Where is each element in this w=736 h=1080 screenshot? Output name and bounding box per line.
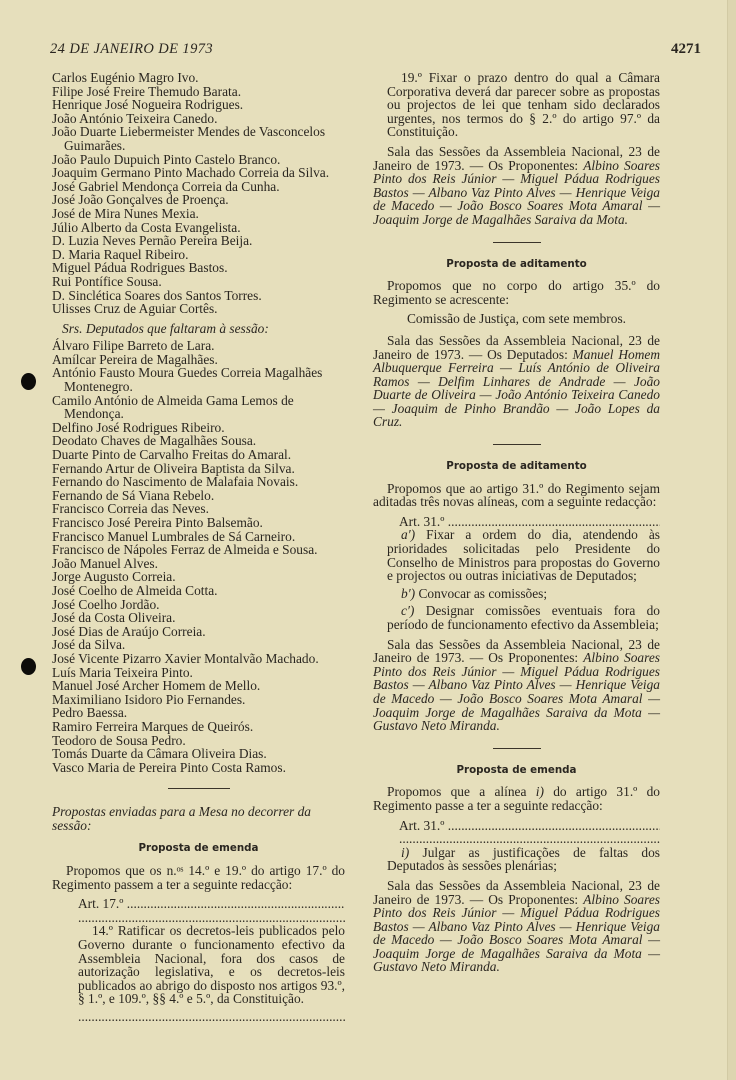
list-item: João Manuel Alves. [52, 557, 345, 571]
list-item: Carlos Eugénio Magro Ivo. [52, 71, 345, 85]
list-item: D. Sinclética Soares dos Santos Torres. [52, 289, 345, 303]
list-item: Júlio Alberto da Costa Evangelista. [52, 221, 345, 235]
list-item: Teodoro de Sousa Pedro. [52, 734, 345, 748]
proposal-body: Propomos que ao artigo 31.º do Regimento… [373, 482, 660, 509]
list-item: Miguel Pádua Rodrigues Bastos. [52, 261, 345, 275]
list-item: Fernando do Nascimento de Malafaia Novai… [52, 475, 345, 489]
section-divider [493, 242, 541, 243]
list-item: João António Teixeira Canedo. [52, 112, 345, 126]
signature-block: Sala das Sessões da Assembleia Nacional,… [373, 334, 660, 429]
list-item: Rui Pontífice Sousa. [52, 275, 345, 289]
list-item: José Coelho Jordão. [52, 598, 345, 612]
list-item: Francisco Manuel Lumbrales de Sá Carneir… [52, 530, 345, 544]
list-item: Maximiliano Isidoro Pio Fernandes. [52, 693, 345, 707]
absent-heading: Srs. Deputados que faltaram à sessão: [62, 322, 345, 336]
list-item: António Fausto Moura Guedes Correia Maga… [52, 366, 345, 393]
dotted-line: ........................................… [52, 1010, 345, 1024]
list-item: José da Costa Oliveira. [52, 611, 345, 625]
proposal-quote: Comissão de Justiça, com sete membros. [373, 312, 660, 326]
list-item: Manuel José Archer Homem de Mello. [52, 679, 345, 693]
list-item: Joaquim Germano Pinto Machado Correia da… [52, 166, 345, 180]
section-divider [493, 444, 541, 445]
dotted-line: ........................................… [52, 911, 345, 925]
list-item: Francisco de Nápoles Ferraz de Almeida e… [52, 543, 345, 557]
list-item: Ramiro Ferreira Marques de Queirós. [52, 720, 345, 734]
list-item: José de Mira Nunes Mexia. [52, 207, 345, 221]
page-number: 4271 [671, 41, 701, 58]
list-item: Fernando Artur de Oliveira Baptista da S… [52, 462, 345, 476]
dotted-line: ........................................… [373, 832, 660, 846]
list-item: João Paulo Dupuich Pinto Castelo Branco. [52, 153, 345, 167]
punch-hole-mark [21, 373, 36, 390]
list-item: Delfino José Rodrigues Ribeiro. [52, 421, 345, 435]
section-divider [168, 788, 230, 789]
proposal-body: Propomos que no corpo do artigo 35.º do … [373, 279, 660, 306]
absent-deputies-list: Álvaro Filipe Barreto de Lara. Amílcar P… [52, 339, 345, 774]
list-item: Jorge Augusto Correia. [52, 570, 345, 584]
section-divider [493, 748, 541, 749]
list-item: Fernando de Sá Viana Rebelo. [52, 489, 345, 503]
list-item: Álvaro Filipe Barreto de Lara. [52, 339, 345, 353]
list-item: Ulisses Cruz de Aguiar Cortês. [52, 302, 345, 316]
list-item: D. Maria Raquel Ribeiro. [52, 248, 345, 262]
list-item: José Dias de Araújo Correia. [52, 625, 345, 639]
article-item: 14.º Ratificar os decretos-leis publicad… [52, 924, 345, 1006]
list-item: João Duarte Liebermeister Mendes de Vasc… [52, 125, 345, 152]
list-item: Pedro Baessa. [52, 706, 345, 720]
proposals-intro: Propostas enviadas para a Mesa no decorr… [52, 805, 345, 832]
list-item: Luís Maria Teixeira Pinto. [52, 666, 345, 680]
proposal-body: Propomos que os n.ᵒˢ 14.º e 19.º do arti… [52, 864, 345, 891]
list-item: Amílcar Pereira de Magalhães. [52, 353, 345, 367]
list-item: Camilo António de Almeida Gama Lemos de … [52, 394, 345, 421]
proposal-title: Proposta de emenda [373, 764, 660, 778]
article-line: Art. 31.º ..............................… [373, 515, 660, 529]
list-item: José da Silva. [52, 638, 345, 652]
list-item: Francisco Correia das Neves. [52, 502, 345, 516]
article-item: 19.º Fixar o prazo dentro do qual a Câma… [373, 71, 660, 139]
list-item: Henrique José Nogueira Rodrigues. [52, 98, 345, 112]
list-item: Filipe José Freire Themudo Barata. [52, 85, 345, 99]
page-edge [727, 0, 736, 1080]
list-item: José João Gonçalves de Proença. [52, 193, 345, 207]
signature-block: Sala das Sessões da Assembleia Nacional,… [373, 145, 660, 227]
list-item: Vasco Maria de Pereira Pinto Costa Ramos… [52, 761, 345, 775]
article-item: a′) Fixar a ordem do dia, atendendo às p… [373, 528, 660, 582]
proposal-title: Proposta de aditamento [373, 460, 660, 474]
article-line: Art. 17.º ..............................… [52, 897, 345, 911]
signature-block: Sala das Sessões da Assembleia Nacional,… [373, 638, 660, 733]
list-item: José Gabriel Mendonça Correia da Cunha. [52, 180, 345, 194]
proposal-title: Proposta de aditamento [373, 258, 660, 272]
article-item: c′) Designar comissões eventuais fora do… [373, 604, 660, 631]
article-item: b′) Convocar as comissões; [373, 587, 660, 601]
list-item: José Coelho de Almeida Cotta. [52, 584, 345, 598]
right-column: 19.º Fixar o prazo dentro do qual a Câma… [373, 71, 660, 974]
list-item: Tomás Duarte da Câmara Oliveira Dias. [52, 747, 345, 761]
proposal-title: Proposta de emenda [52, 842, 345, 856]
present-deputies-list: Carlos Eugénio Magro Ivo. Filipe José Fr… [52, 71, 345, 316]
running-header-date: 24 DE JANEIRO DE 1973 [50, 41, 213, 58]
signature-block: Sala das Sessões da Assembleia Nacional,… [373, 879, 660, 974]
article-line: Art. 31.º ..............................… [373, 819, 660, 833]
list-item: Deodato Chaves de Magalhães Sousa. [52, 434, 345, 448]
punch-hole-mark [21, 658, 36, 675]
article-item: i) Julgar as justificações de faltas dos… [373, 846, 660, 873]
list-item: Francisco José Pereira Pinto Balsemão. [52, 516, 345, 530]
list-item: Duarte Pinto de Carvalho Freitas do Amar… [52, 448, 345, 462]
left-column: Carlos Eugénio Magro Ivo. Filipe José Fr… [52, 71, 345, 1024]
list-item: José Vicente Pizarro Xavier Montalvão Ma… [52, 652, 345, 666]
list-item: D. Luzia Neves Pernão Pereira Beija. [52, 234, 345, 248]
proposal-body: Propomos que a alínea i) do artigo 31.º … [373, 785, 660, 812]
